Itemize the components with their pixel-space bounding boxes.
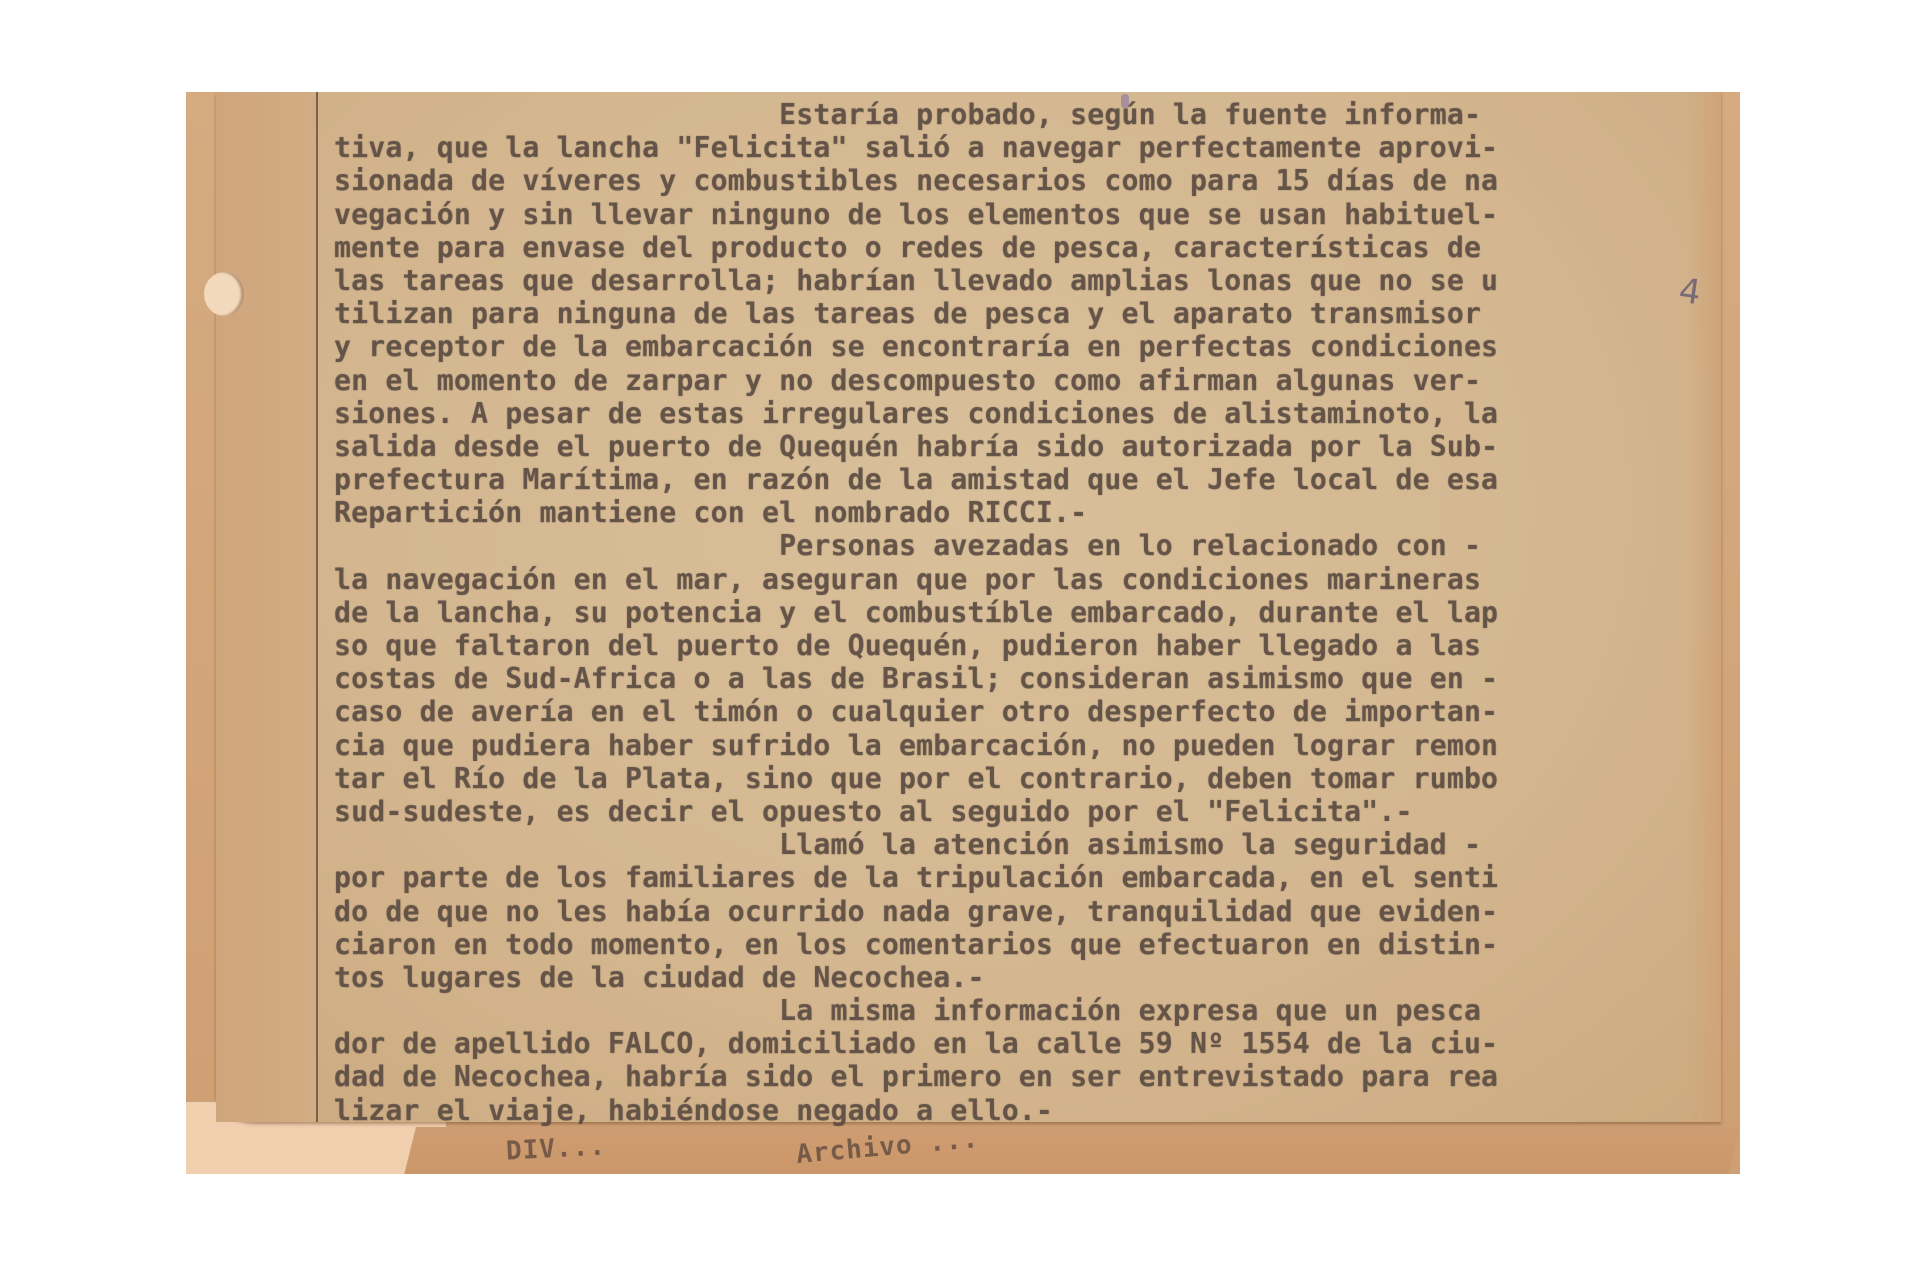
punch-hole: [204, 272, 244, 316]
stamp-text: DIV...: [505, 1131, 606, 1166]
typed-line: ciaron en todo momento, en los comentari…: [334, 928, 1714, 961]
typed-line: salida desde el puerto de Quequén habría…: [334, 430, 1714, 463]
typed-line: siones. A pesar de estas irregulares con…: [334, 397, 1714, 430]
typed-line: caso de avería en el timón o cualquier o…: [334, 695, 1714, 728]
margin-rule: [316, 92, 318, 1122]
typed-line: tilizan para ninguna de las tareas de pe…: [334, 297, 1714, 330]
typed-line: dad de Necochea, habría sido el primero …: [334, 1060, 1714, 1093]
typed-line: tar el Río de la Plata, sino que por el …: [334, 762, 1714, 795]
typed-line: do de que no les había ocurrido nada gra…: [334, 895, 1714, 928]
typed-line: Repartición mantiene con el nombrado RIC…: [334, 496, 1714, 529]
typed-line: lizar el viaje, habiéndose negado a ello…: [334, 1094, 1714, 1127]
document-photo: DIV... Archivo ... Estaría probado, segú…: [186, 92, 1740, 1174]
typed-line: costas de Sud-Africa o a las de Brasil; …: [334, 662, 1714, 695]
typed-line: tiva, que la lancha "Felicita" salió a n…: [334, 131, 1714, 164]
typewritten-page: Estaría probado, según la fuente informa…: [216, 92, 1721, 1122]
typed-line: las tareas que desarrolla; habrían lleva…: [334, 264, 1714, 297]
typed-line: La misma información expresa que un pesc…: [334, 994, 1714, 1027]
typed-line: so que faltaron del puerto de Quequén, p…: [334, 629, 1714, 662]
typed-line: sud-sudeste, es decir el opuesto al segu…: [334, 795, 1714, 828]
typed-line: en el momento de zarpar y no descompuest…: [334, 364, 1714, 397]
typed-line: la navegación en el mar, aseguran que po…: [334, 563, 1714, 596]
typed-line: dor de apellido FALCO, domiciliado en la…: [334, 1027, 1714, 1060]
typed-line: tos lugares de la ciudad de Necochea.-: [334, 961, 1714, 994]
typed-text-body: Estaría probado, según la fuente informa…: [334, 98, 1714, 1127]
typed-line: mente para envase del producto o redes d…: [334, 231, 1714, 264]
typed-line: cia que pudiera haber sufrido la embarca…: [334, 729, 1714, 762]
typed-line: vegación y sin llevar ninguno de los ele…: [334, 198, 1714, 231]
typed-line: por parte de los familiares de la tripul…: [334, 861, 1714, 894]
typed-line: sionada de víveres y combustibles necesa…: [334, 164, 1714, 197]
typed-line: Llamó la atención asimismo la seguridad …: [334, 828, 1714, 861]
typed-line: Personas avezadas en lo relacionado con …: [334, 529, 1714, 562]
typed-line: prefectura Marítima, en razón de la amis…: [334, 463, 1714, 496]
typed-line: de la lancha, su potencia y el combustíb…: [334, 596, 1714, 629]
typed-line: y receptor de la embarcación se encontra…: [334, 330, 1714, 363]
left-margin-strip: [216, 92, 316, 1122]
typed-line: Estaría probado, según la fuente informa…: [334, 98, 1714, 131]
